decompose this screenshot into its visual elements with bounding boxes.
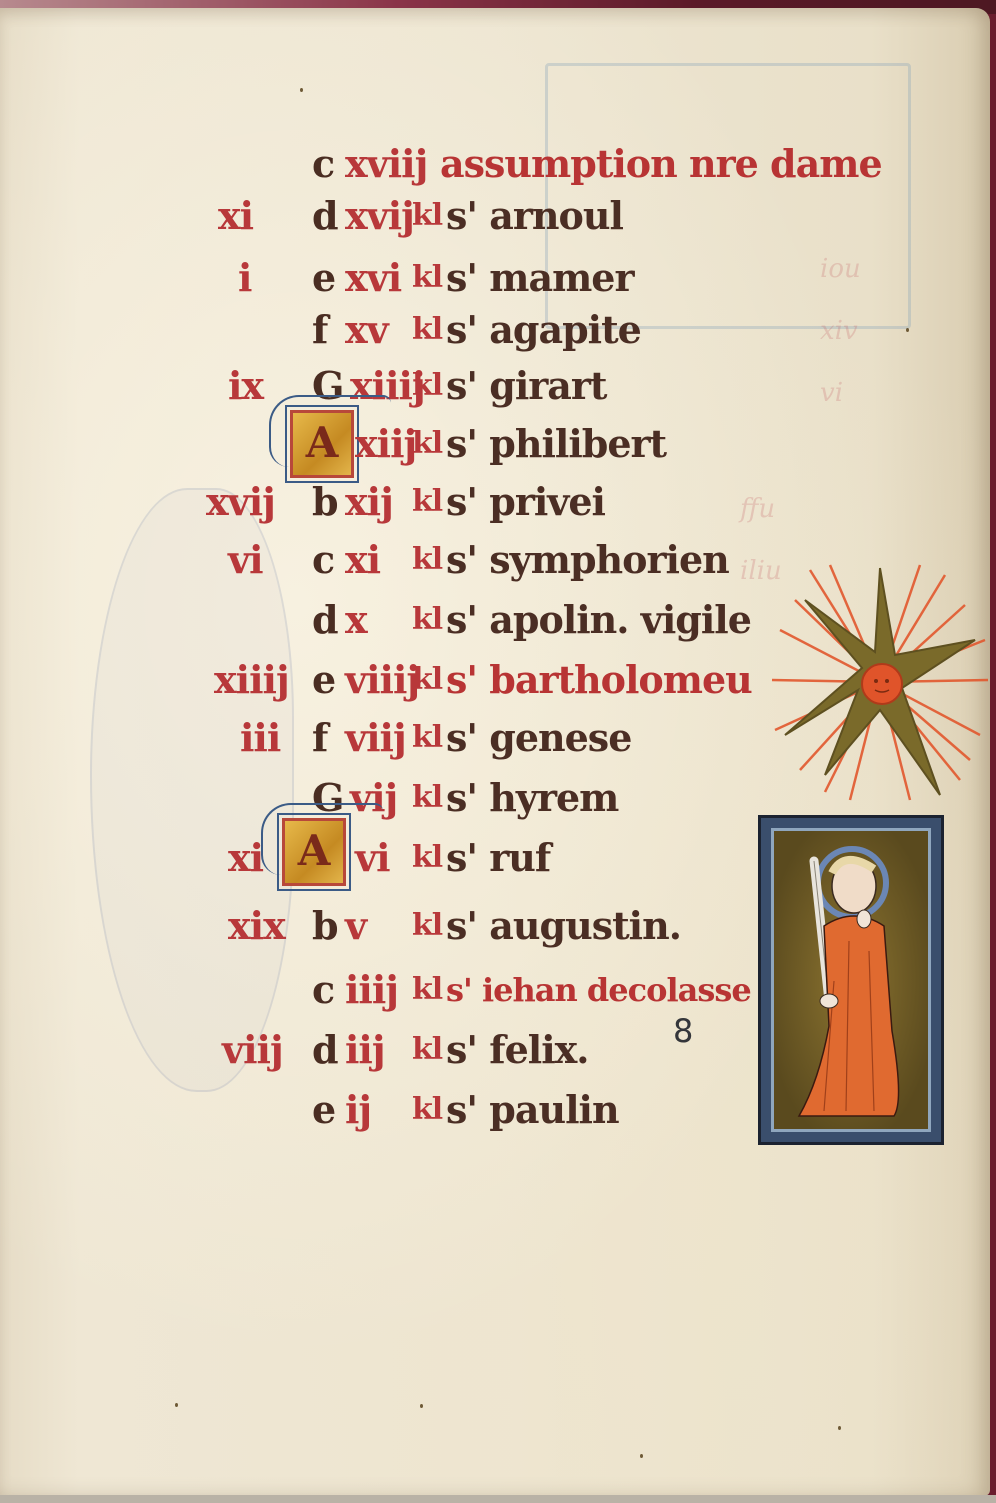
saint-name: s' agapite bbox=[446, 304, 641, 356]
kalends-mark: kl bbox=[412, 190, 442, 242]
calendar-row: xix b v kl s' augustin. bbox=[0, 900, 860, 964]
folio-number: 8 bbox=[673, 1012, 693, 1050]
roman-day: xv bbox=[345, 304, 388, 356]
star-sun-illumination bbox=[770, 560, 990, 805]
dominical-letter: d bbox=[312, 1024, 338, 1076]
saint-name: s' girart bbox=[446, 360, 606, 412]
dominical-letter: c bbox=[312, 138, 334, 190]
kalends-mark: kl bbox=[412, 252, 442, 304]
saint-name: s' genese bbox=[446, 712, 631, 764]
kalends-mark: kl bbox=[412, 654, 442, 706]
roman-day: xvi bbox=[345, 252, 401, 304]
dominical-letter: c bbox=[312, 964, 334, 1016]
roman-day: iij bbox=[345, 1024, 385, 1076]
dominical-letter: b bbox=[312, 900, 338, 952]
gold-ground bbox=[771, 828, 931, 1132]
golden-number: xi bbox=[218, 190, 298, 242]
kalends-mark: kl bbox=[412, 712, 442, 764]
feast-name: s' bartholomeu bbox=[446, 654, 752, 706]
kalends-mark: kl bbox=[412, 900, 442, 952]
golden-number: iii bbox=[240, 712, 320, 764]
calendar-row: iii f viij kl s' genese bbox=[0, 712, 860, 776]
roman-day: xiij bbox=[355, 418, 416, 470]
roman-day: ij bbox=[345, 1084, 371, 1136]
calendar-row: d x kl s' apolin. vigile bbox=[0, 594, 860, 658]
calendar-row: c iiij kl s' iehan decolasse bbox=[0, 964, 860, 1028]
kalends-mark: kl bbox=[412, 594, 442, 646]
golden-number: xiiij bbox=[214, 654, 294, 706]
saint-name: s' felix. bbox=[446, 1024, 589, 1076]
illuminated-initial-a: A bbox=[290, 410, 354, 478]
calendar-row: e ij kl s' paulin bbox=[0, 1084, 860, 1148]
golden-number: viij bbox=[222, 1024, 302, 1076]
calendar-row: G vij kl s' hyrem bbox=[0, 772, 860, 836]
dominical-letter: b bbox=[312, 476, 338, 528]
calendar-row: f xv kl s' agapite bbox=[0, 304, 860, 368]
roman-day: xij bbox=[345, 476, 393, 528]
saint-miniature bbox=[758, 815, 944, 1145]
calendar-row: xi d xvij kl s' arnoul bbox=[0, 190, 860, 254]
calendar-row: vi c xi kl s' symphorien bbox=[0, 534, 860, 598]
roman-day: xvij bbox=[345, 190, 414, 242]
dominical-letter: f bbox=[312, 304, 327, 356]
saint-name: s' privei bbox=[446, 476, 605, 528]
calendar-row: xiiij e viiij kl s' bartholomeu bbox=[0, 654, 860, 718]
calendar-row: ix G xiiij kl s' girart bbox=[0, 360, 860, 424]
kalends-mark: kl bbox=[412, 476, 442, 528]
roman-day: viij bbox=[345, 712, 406, 764]
kalends-mark: kl bbox=[412, 832, 442, 884]
golden-number: xix bbox=[228, 900, 308, 952]
dominical-letter: e bbox=[312, 1084, 335, 1136]
kalends-mark: kl bbox=[412, 418, 442, 470]
roman-day: v bbox=[345, 900, 366, 952]
roman-day: viiij bbox=[345, 654, 419, 706]
page-bottom-edge bbox=[0, 1495, 996, 1503]
kalends-mark: kl bbox=[412, 534, 442, 586]
calendar-row: viij d iij kl s' felix. bbox=[0, 1024, 860, 1088]
saint-name: s' paulin bbox=[446, 1084, 619, 1136]
dominical-letter: f bbox=[312, 712, 327, 764]
golden-number: i bbox=[238, 252, 318, 304]
roman-day: xviij bbox=[345, 138, 427, 190]
golden-number: vi bbox=[228, 534, 308, 586]
calendar-row: xi A vi kl s' ruf bbox=[0, 832, 860, 896]
dominical-letter: e bbox=[312, 252, 335, 304]
saint-name: s' ruf bbox=[446, 832, 550, 884]
kalends-mark: kl bbox=[412, 964, 442, 1016]
dominical-letter: d bbox=[312, 190, 338, 242]
dominical-letter: c bbox=[312, 534, 334, 586]
roman-day: iiij bbox=[345, 964, 398, 1016]
kalends-mark: kl bbox=[412, 360, 442, 412]
roman-day: x bbox=[345, 594, 367, 646]
saint-name: s' arnoul bbox=[446, 190, 623, 242]
kalends-mark: kl bbox=[412, 1024, 442, 1076]
saint-name: s' symphorien bbox=[446, 534, 729, 586]
calendar-row: A xiij kl s' philibert bbox=[0, 418, 860, 482]
saint-name: s' hyrem bbox=[446, 772, 618, 824]
dominical-letter: e bbox=[312, 654, 335, 706]
dominical-letter: d bbox=[312, 594, 338, 646]
kalends-mark: kl bbox=[412, 772, 442, 824]
kalends-mark: kl bbox=[412, 1084, 442, 1136]
saint-name: s' apolin. vigile bbox=[446, 594, 751, 646]
roman-day: vi bbox=[355, 832, 390, 884]
golden-number: xvij bbox=[206, 476, 286, 528]
saint-name: s' mamer bbox=[446, 252, 634, 304]
feast-name: s' iehan decolasse bbox=[446, 964, 751, 1016]
calendar-row: xvij b xij kl s' privei bbox=[0, 476, 860, 540]
saint-name: s' philibert bbox=[446, 418, 666, 470]
feast-name: assumption nre dame bbox=[440, 138, 882, 190]
roman-day: xi bbox=[345, 534, 380, 586]
kalends-mark: kl bbox=[412, 304, 442, 356]
saint-with-sword-figure bbox=[774, 831, 928, 1129]
illuminated-initial-a: A bbox=[282, 818, 346, 886]
saint-name: s' augustin. bbox=[446, 900, 681, 952]
